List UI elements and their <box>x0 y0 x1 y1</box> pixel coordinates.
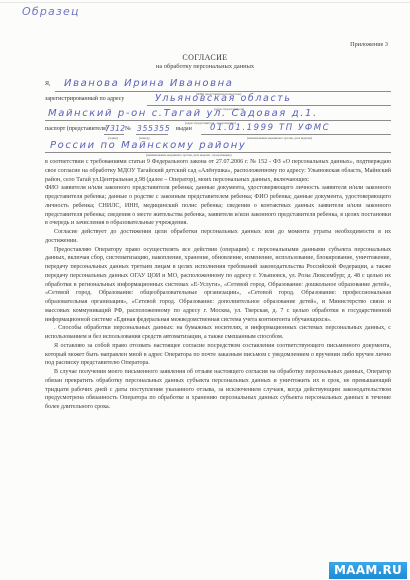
number-label: № <box>125 126 131 132</box>
passport-series-field[interactable]: 7312 <box>105 124 125 133</box>
issued-label: выдан <box>176 126 192 132</box>
paragraph-revocation-consequences: В случае получения моего письменного зая… <box>45 368 391 412</box>
name-field[interactable]: Иванова Ирина Ивановна <box>64 78 233 89</box>
document-title: СОГЛАСИЕ <box>0 53 410 62</box>
issued-cont-field[interactable]: России по Майнскому району <box>50 140 246 151</box>
document-page: Образец Приложение 3 СОГЛАСИЕ на обработ… <box>0 0 410 580</box>
consent-body: в соответствии с требованиями статьи 9 Ф… <box>45 158 391 412</box>
issued-underline <box>201 134 391 135</box>
page-edge <box>0 2 410 3</box>
sample-mark: Образец <box>22 5 80 18</box>
number-underline <box>136 134 168 135</box>
paragraph-data-list: ФИО заявителя и/или законного представит… <box>45 184 391 228</box>
address-cont-field[interactable]: Майнский р-он с.Тагай ул. Садовая д.1. <box>48 108 318 119</box>
paragraph-legal-basis: в соответствии с требованиями статьи 9 Ф… <box>45 158 391 184</box>
address-field[interactable]: Ульяновская область <box>155 93 292 104</box>
document-subtitle: на обработку персональных данных <box>0 63 410 70</box>
paragraph-validity: Согласие действует до достижения цели об… <box>45 228 391 246</box>
address-label: зарегистрированный по адресу <box>45 96 124 102</box>
series-underline <box>104 134 124 135</box>
passport-label: паспорт (представителя) <box>45 126 108 132</box>
address-underline <box>147 105 391 106</box>
paragraph-operator-rights: Предоставляю Оператору право осуществлят… <box>45 246 391 325</box>
appendix-label: Приложение 3 <box>350 41 388 48</box>
passport-number-field[interactable]: 355355 <box>137 124 170 133</box>
paragraph-revocation: Я оставляю за собой право отозвать насто… <box>45 342 391 368</box>
maam-logo: MAAM.RU <box>329 562 407 579</box>
issued-field[interactable]: 01.01.1999 ТП УФМС <box>210 123 330 133</box>
name-prefix: Я, <box>45 81 51 87</box>
issued-cont-caption: (наименование выдавшего органа, дата выд… <box>146 153 232 157</box>
paragraph-processing-methods: . Способы обработки персональных данных:… <box>45 324 391 342</box>
issued-caption: (наименование выдавшего органа, дата выд… <box>247 136 312 140</box>
